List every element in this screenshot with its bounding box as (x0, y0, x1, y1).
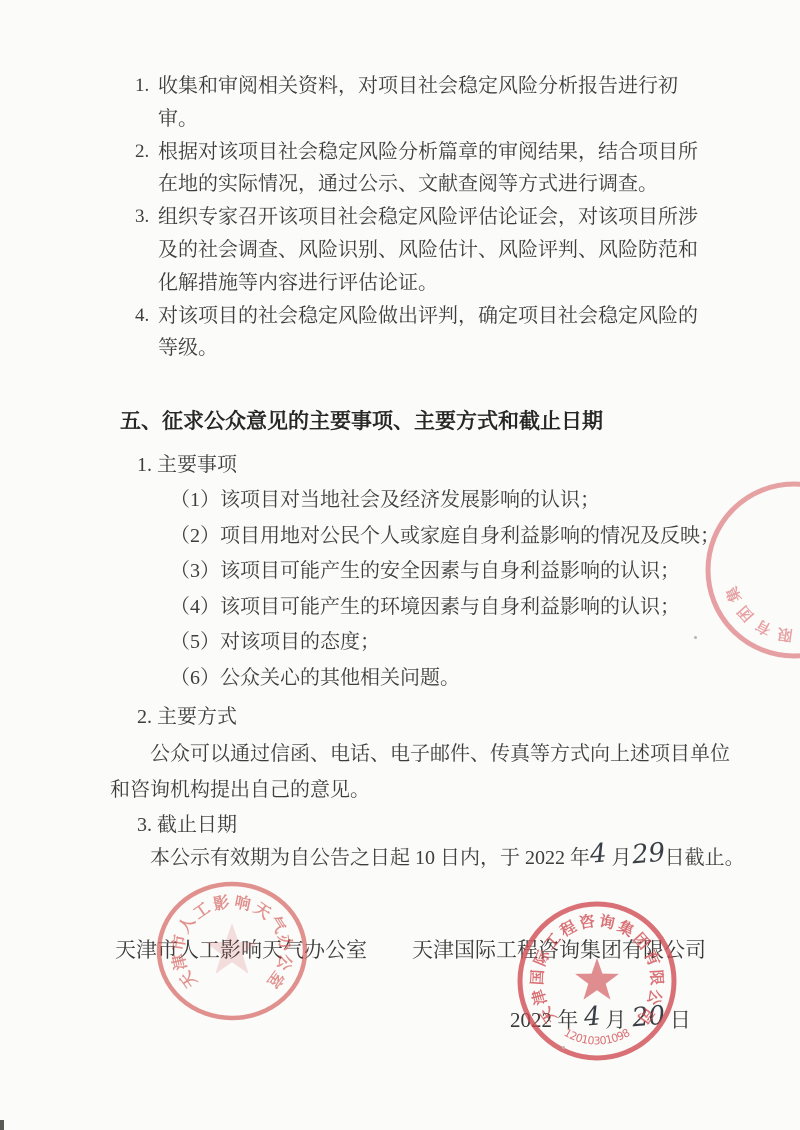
partial-company-seal: 集团有限公司598 (708, 484, 800, 656)
scan-speck (694, 636, 697, 639)
sub-heading-main-methods: 2. 主要方式 (137, 700, 237, 729)
risk-procedure-list: 1.收集和审阅相关资料，对项目社会稳定风险分析报告进行初审。2.根据对该项目社会… (135, 70, 698, 365)
seal-text-char: 天 (250, 899, 273, 923)
opinion-items-list: （1）该项目对当地社会及经济发展影响的认识；（2）项目用地对公民个人或家庭自身利… (170, 483, 720, 696)
opinion-item: （5）对该项目的态度； (170, 625, 720, 661)
list-item-line: 3.组织专家召开该项目社会稳定风险评估论证会，对该项目所涉 (135, 201, 698, 234)
opinion-item: （3）该项目可能产生的安全因素与自身利益影响的认识； (170, 554, 720, 590)
handwritten-date-month: 4 (582, 1003, 601, 1030)
signature-consulting-company: 天津国际工程咨询集团有限公司 (412, 934, 706, 964)
page-corner-mark (0, 1120, 4, 1130)
seal-star-icon (575, 958, 619, 1000)
list-item-line: 审。 (135, 103, 698, 136)
seal-text-char: 团 (734, 602, 757, 625)
list-item-number: 3. (135, 201, 149, 234)
seal-text-char: 限 (647, 969, 667, 986)
seal-text-char: 有 (753, 616, 775, 639)
seal-text-char: 集 (723, 584, 745, 605)
method-paragraph: 公众可以通过信函、电话、电子邮件、传真等方式向上述项目单位和咨询机构提出自己的意… (110, 737, 730, 808)
date-line: 2022 年 4 月 20 日 (510, 1004, 691, 1034)
seal-text-char: 室 (263, 968, 288, 992)
deadline-line: 本公示有效期为自公告之日起 10 日内，于 2022 年4 月29日截止。 (150, 843, 745, 871)
deadline-text-suffix: 日截止。 (665, 847, 745, 869)
scan-speck (562, 1046, 565, 1049)
seal-text-char: 影 (212, 892, 231, 914)
date-day-char: 日 (665, 1008, 691, 1032)
signature-weather-office: 天津市人工影响天气办公室 (115, 934, 367, 964)
seal-text-char: 咨 (578, 911, 597, 932)
seal-serial-digit: 1 (580, 1033, 589, 1047)
method-paragraph-line: 和咨询机构提出自己的意见。 (110, 773, 730, 809)
list-item-line: 1.收集和审阅相关资料，对项目社会稳定风险分析报告进行初 (135, 70, 698, 103)
handwritten-date-day: 20 (630, 1003, 665, 1032)
opinion-item: （1）该项目对当地社会及经济发展影响的认识； (170, 483, 720, 519)
section-heading: 五、征求公众意见的主要事项、主要方式和截止日期 (120, 405, 603, 435)
seal-text-char: 人 (175, 913, 199, 936)
date-month-char: 月 (600, 1008, 632, 1032)
list-item-line: 在地的实际情况，通过公示、文献查阅等方式进行调查。 (135, 168, 698, 201)
sub-heading-deadline: 3. 截止日期 (137, 808, 237, 837)
seal-text-char: 限 (776, 624, 793, 644)
seal-serial-digit: 1 (604, 1033, 613, 1047)
consulting-company-seal: 天津国际工程咨询集团有限公司12010301098 (520, 904, 674, 1058)
seal-text-char: 天 (177, 968, 201, 992)
list-item-number: 2. (135, 136, 149, 169)
deadline-text-prefix: 本公示有效期为自公告之日起 10 日内，于 2022 年 (150, 847, 590, 869)
list-item-line: 及的社会调查、风险识别、风险估计、风险评判、风险防范和 (135, 234, 698, 267)
seal-text-char: 工 (191, 900, 214, 923)
deadline-text-mid: 月 (607, 847, 632, 869)
list-item-line: 化解措施等内容进行评估论证。 (135, 267, 698, 300)
opinion-item: （2）项目用地对公民个人或家庭自身利益影响的情况及反映； (170, 519, 720, 555)
date-year: 2022 年 (510, 1008, 584, 1032)
list-item-line: 4.对该项目的社会稳定风险做出评判，确定项目社会稳定风险的 (135, 300, 698, 333)
method-paragraph-line: 公众可以通过信函、电话、电子邮件、传真等方式向上述项目单位 (110, 737, 730, 773)
list-item-line: 等级。 (135, 332, 698, 365)
opinion-item: （6）公众关心的其他相关问题。 (170, 661, 720, 697)
list-item-line: 2.根据对该项目社会稳定风险分析篇章的审阅结果，结合项目所 (135, 136, 698, 169)
seal-text-char: 响 (233, 892, 252, 914)
handwritten-deadline-day: 29 (630, 840, 665, 869)
list-item-number: 1. (135, 70, 149, 103)
seal-serial-digit: 0 (599, 1034, 607, 1048)
seal-text-char: 询 (598, 911, 617, 932)
seal-serial-digit: 0 (587, 1034, 595, 1048)
sub-heading-main-matters: 1. 主要事项 (137, 448, 237, 477)
seal-serial-digit: 3 (594, 1035, 601, 1048)
list-item-number: 4. (135, 300, 149, 333)
seal-text-char: 国 (527, 969, 547, 986)
opinion-item: （4）该项目可能产生的环境因素与自身利益影响的认识； (170, 590, 720, 626)
handwritten-deadline-month: 4 (589, 840, 608, 867)
scanned-document-page: 1.收集和审阅相关资料，对项目社会稳定风险分析报告进行初审。2.根据对该项目社会… (0, 0, 800, 1130)
